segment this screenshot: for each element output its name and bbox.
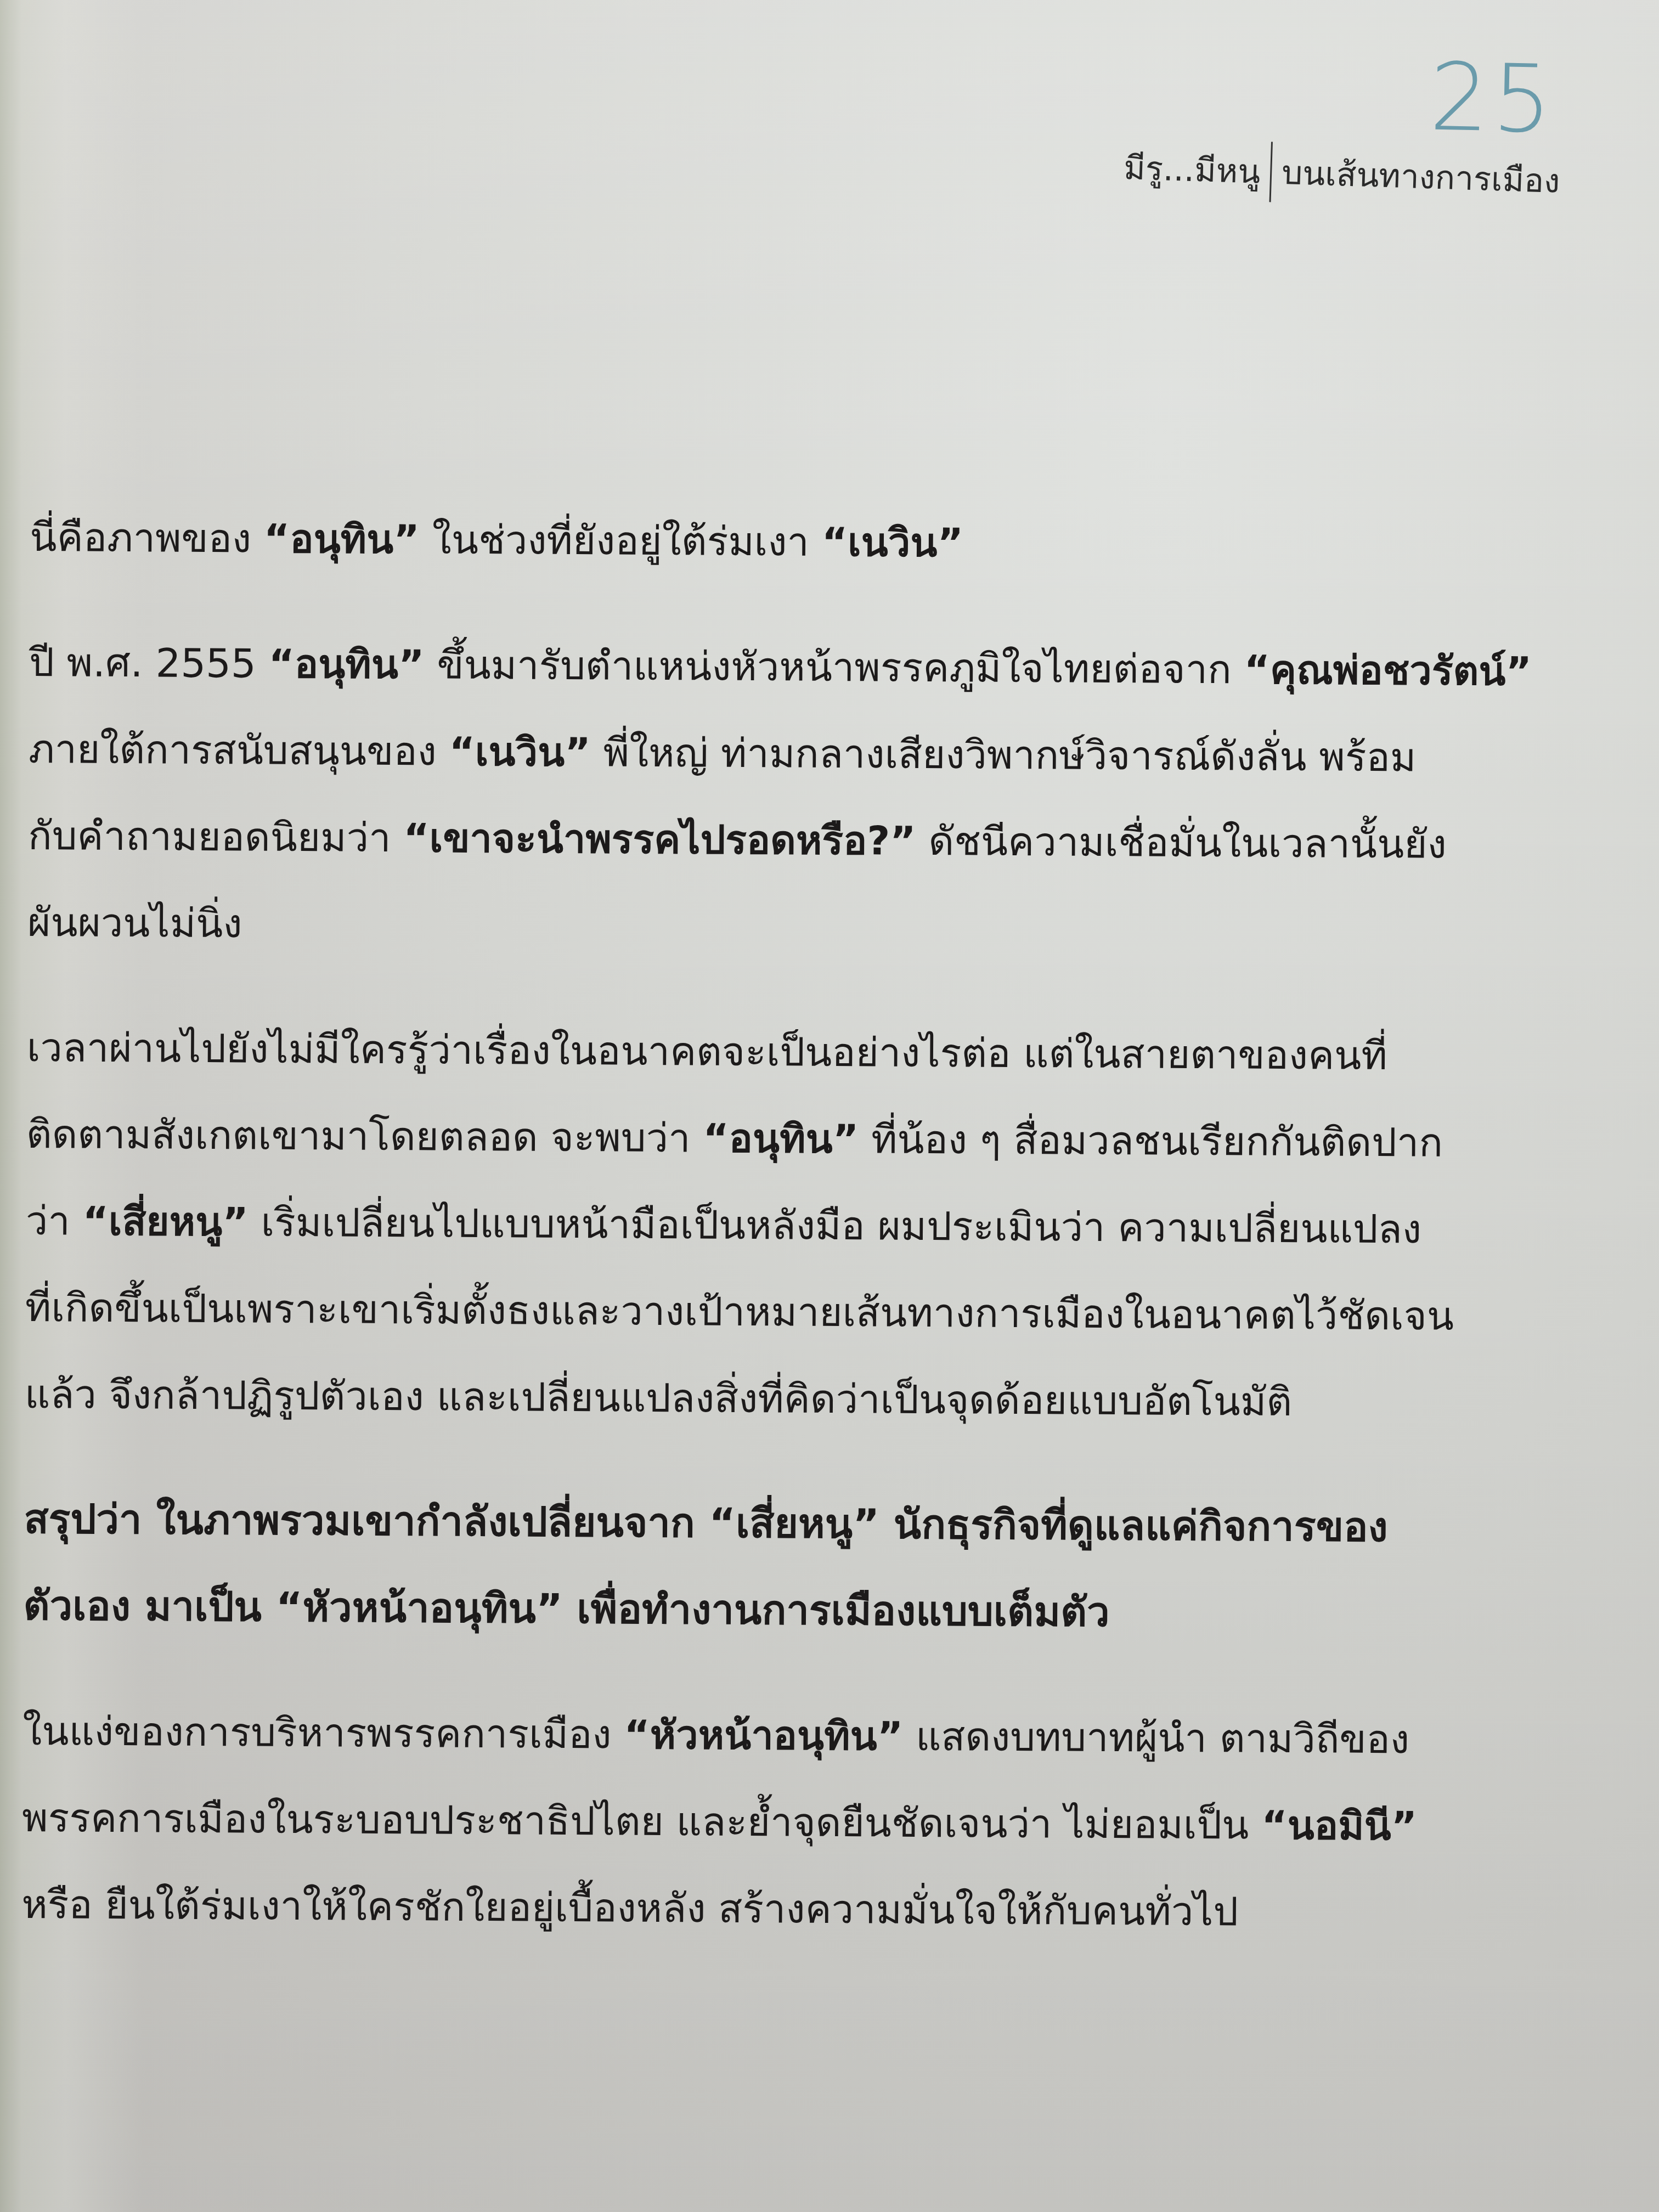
text-line: นี่คือภาพของ “อนุทิน” ในช่วงที่ยังอยู่ใต… — [30, 494, 1555, 590]
text-line: แล้ว จึงกล้าปฏิรูปตัวเอง และเปลี่ยนแปลงส… — [24, 1351, 1550, 1447]
text-line: เวลาผ่านไปยังไม่มีใครรู้ว่าเรื่องในอนาคต… — [26, 1004, 1552, 1100]
body-run: กับคำถามยอดนิยมว่า — [28, 812, 404, 861]
paragraph-1: ปี พ.ศ. 2555 “อนุทิน” ขึ้นมารับตำแหน่งหั… — [27, 619, 1555, 975]
body-run: พี่ใหญ่ ท่ามกลางเสียงวิพากษ์วิจารณ์ดังลั… — [590, 729, 1416, 780]
emphasis-text: “เสี่ยหนู” — [82, 1198, 249, 1245]
body-run: ในแง่ของการบริหารพรรคการเมือง — [22, 1708, 624, 1758]
book-title: มีรู...มีหนู — [1123, 142, 1261, 198]
body-run: แล้ว จึงกล้าปฏิรูปตัวเอง และเปลี่ยนแปลงส… — [25, 1371, 1293, 1425]
emphasis-text: “หัวหน้าอนุทิน” — [624, 1712, 903, 1759]
body-text: นี่คือภาพของ “อนุทิน” ในช่วงที่ยังอยู่ใต… — [21, 494, 1555, 1995]
body-run: ผันผวนไม่นิ่ง — [27, 899, 242, 946]
emphasis-text: “นอมินี” — [1261, 1802, 1417, 1849]
text-line: ว่า “เสี่ยหนู” เริ่มเปลี่ยนไปแบบหน้ามือเ… — [25, 1177, 1551, 1273]
paragraph-intro: นี่คือภาพของ “อนุทิน” ในช่วงที่ยังอยู่ใต… — [30, 494, 1555, 590]
text-line: ผันผวนไม่นิ่ง — [27, 879, 1553, 975]
emphasis-text: “อนุทิน” — [264, 516, 420, 563]
body-run: ติดตามสังเกตเขามาโดยตลอด จะพบว่า — [26, 1111, 703, 1161]
book-page: 25 มีรู...มีหนู บนเส้นทางการเมือง นี่คือ… — [0, 0, 1659, 2212]
body-run: ดัชนีความเชื่อมั่นในเวลานั้นยัง — [916, 818, 1447, 867]
body-run: ภายใต้การสนับสนุนของ — [29, 726, 449, 775]
body-run: ที่เกิดขึ้นเป็นเพราะเขาเริ่มตั้งธงและวาง… — [25, 1284, 1454, 1339]
emphasis-text: สรุปว่า ในภาพรวมเขากำลังเปลี่ยนจาก “เสี่… — [24, 1496, 1388, 1551]
emphasis-text: “เนวิน” — [449, 729, 591, 776]
body-run: แสดงบทบาทผู้นำ ตามวิถีของ — [903, 1713, 1409, 1763]
text-line: ปี พ.ศ. 2555 “อนุทิน” ขึ้นมารับตำแหน่งหั… — [29, 619, 1555, 715]
body-run: ในช่วงที่ยังอยู่ใต้ร่มเงา — [420, 516, 822, 565]
header-divider — [1269, 142, 1273, 202]
paragraph-3: ในแง่ของการบริหารพรรคการเมือง “หัวหน้าอน… — [21, 1688, 1548, 1957]
text-line: ติดตามสังเกตเขามาโดยตลอด จะพบว่า “อนุทิน… — [26, 1091, 1551, 1187]
text-line: สรุปว่า ในภาพรวมเขากำลังเปลี่ยนจาก “เสี่… — [24, 1476, 1549, 1572]
emphasis-text: “คุณพ่อชวรัตน์” — [1244, 647, 1532, 695]
page-number: 25 — [1429, 51, 1556, 147]
text-line: กับคำถามยอดนิยมว่า “เขาจะนำพรรคไปรอดหรือ… — [28, 792, 1554, 888]
body-run: เริ่มเปลี่ยนไปแบบหน้ามือเป็นหลังมือ ผมปร… — [248, 1199, 1421, 1252]
body-run: พรรคการเมืองในระบอบประชาธิปไตย และย้ำจุด… — [22, 1795, 1262, 1848]
text-line: พรรคการเมืองในระบอบประชาธิปไตย และย้ำจุด… — [22, 1774, 1548, 1870]
paragraph-summary: สรุปว่า ในภาพรวมเขากำลังเปลี่ยนจาก “เสี่… — [23, 1476, 1549, 1658]
body-run: ว่า — [26, 1198, 83, 1244]
chapter-title: บนเส้นทางการเมือง — [1281, 146, 1561, 207]
text-line: ภายใต้การสนับสนุนของ “เนวิน” พี่ใหญ่ ท่า… — [29, 706, 1554, 802]
text-line: ที่เกิดขึ้นเป็นเพราะเขาเริ่มตั้งธงและวาง… — [25, 1264, 1550, 1360]
emphasis-text: “อนุทิน” — [703, 1115, 859, 1163]
text-line: ตัวเอง มาเป็น “หัวหน้าอนุทิน” เพื่อทำงาน… — [23, 1562, 1549, 1658]
text-line: ในแง่ของการบริหารพรรคการเมือง “หัวหน้าอน… — [22, 1688, 1548, 1784]
body-run: ที่น้อง ๆ สื่อมวลชนเรียกกันติดปาก — [859, 1116, 1443, 1166]
body-run: หรือ ยืนใต้ร่มเงาให้ใครชักใยอยู่เบื้องหล… — [21, 1881, 1238, 1935]
text-line: หรือ ยืนใต้ร่มเงาให้ใครชักใยอยู่เบื้องหล… — [21, 1861, 1547, 1957]
emphasis-text: “เนวิน” — [822, 519, 964, 566]
body-run: นี่คือภาพของ — [30, 514, 264, 562]
emphasis-text: “อนุทิน” — [268, 641, 424, 688]
body-run: ปี พ.ศ. 2555 — [29, 639, 269, 687]
emphasis-text: ตัวเอง มาเป็น “หัวหน้าอนุทิน” เพื่อทำงาน… — [23, 1582, 1110, 1636]
emphasis-text: “เขาจะนำพรรคไปรอดหรือ?” — [403, 815, 916, 864]
paragraph-2: เวลาผ่านไปยังไม่มีใครรู้ว่าเรื่องในอนาคต… — [24, 1004, 1552, 1447]
body-run: ขึ้นมารับตำแหน่งหัวหน้าพรรคภูมิใจไทยต่อจ… — [424, 641, 1244, 692]
body-run: เวลาผ่านไปยังไม่มีใครรู้ว่าเรื่องในอนาคต… — [27, 1024, 1388, 1079]
